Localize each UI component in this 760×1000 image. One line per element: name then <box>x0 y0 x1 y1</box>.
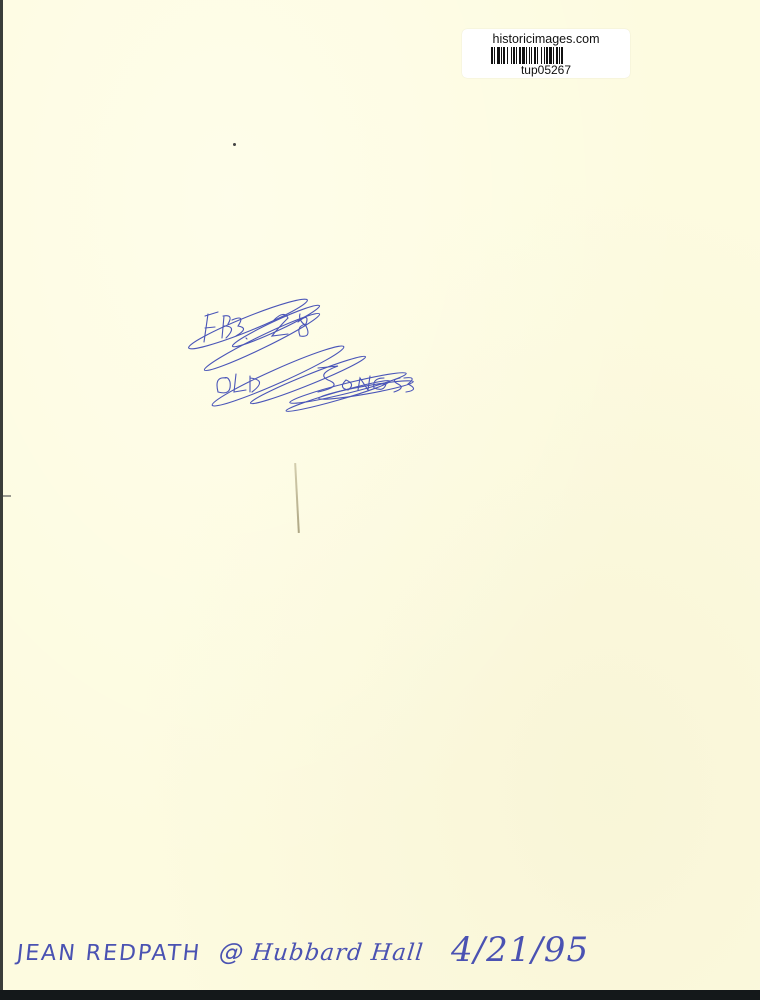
caption-date: 4/21/95 <box>451 930 589 970</box>
caption-at: @ <box>218 938 246 966</box>
caption-venue: Hubbard Hall <box>251 940 425 966</box>
sticker-site: historicimages.com <box>462 29 630 46</box>
scanned-photo-back: historicimages.com tup05267 <box>0 0 760 1000</box>
photo-caption: JEAN REDPATH@Hubbard Hall <box>16 938 426 966</box>
paper-scratch <box>294 463 300 533</box>
caption-name: JEAN REDPATH <box>16 941 203 966</box>
ink-speck <box>233 143 236 146</box>
edge-mark <box>3 495 11 497</box>
crossed-out-note <box>188 292 418 412</box>
barcode-icon <box>490 47 602 64</box>
paper-sheet: historicimages.com tup05267 <box>3 0 760 990</box>
archive-sticker: historicimages.com tup05267 <box>462 29 630 78</box>
sticker-code: tup05267 <box>462 64 630 77</box>
